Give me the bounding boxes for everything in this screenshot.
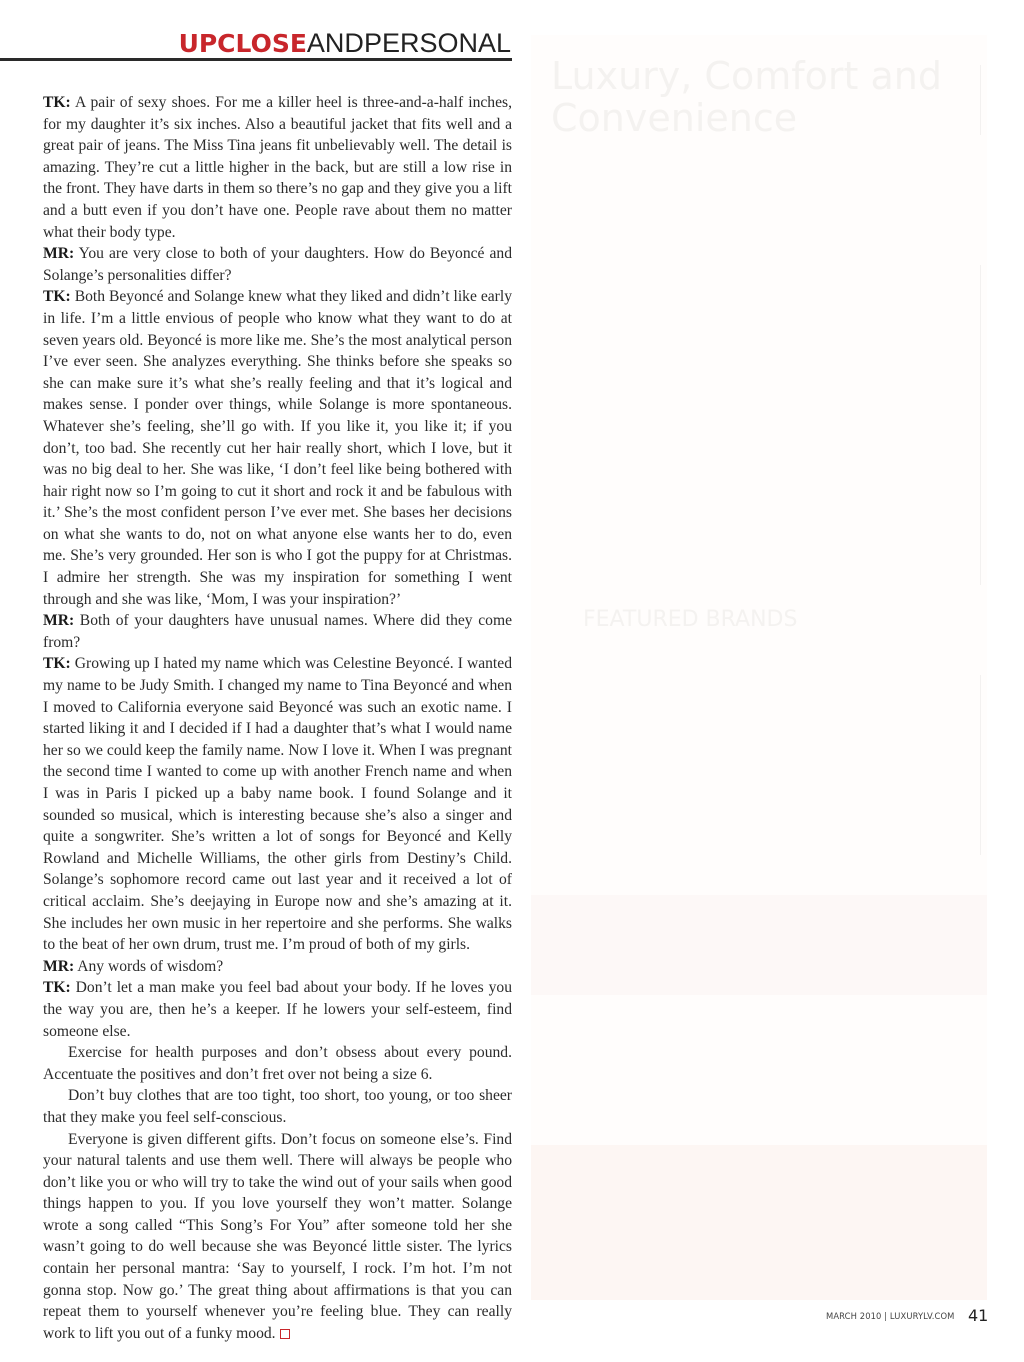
paragraph-text: Don’t let a man make you feel bad about …	[43, 979, 512, 1039]
ad-image-band	[531, 895, 987, 995]
paragraph-text: Both of your daughters have unusual name…	[43, 612, 512, 651]
speaker-label: MR:	[43, 958, 74, 975]
end-of-article-square-icon	[280, 1329, 290, 1339]
article-body: TK: A pair of sexy shoes. For me a kille…	[43, 92, 512, 1344]
ad-contact-strip	[531, 1145, 987, 1300]
header-rule	[0, 58, 512, 61]
speaker-label: TK:	[43, 655, 71, 672]
footer-issue: MARCH 2010 | LUXURYLV.COM	[826, 1311, 955, 1321]
ad-headline: Luxury, Comfort and Convenience	[551, 55, 971, 139]
section-header: UPCLOSEANDPERSONAL	[0, 28, 511, 62]
speaker-label: TK:	[43, 94, 71, 111]
paragraph: TK: Don’t let a man make you feel bad ab…	[43, 977, 512, 1042]
page-number: 41	[968, 1306, 988, 1325]
paragraph-text: Everyone is given different gifts. Don’t…	[43, 1131, 512, 1342]
section-title-and: AND	[307, 28, 364, 58]
ad-featured-brands-heading: FEATURED BRANDS	[583, 607, 797, 632]
ad-frame-line	[980, 675, 981, 855]
ad-frame-line	[980, 265, 981, 585]
paragraph-text: Growing up I hated my name which was Cel…	[43, 655, 512, 953]
paragraph: MR: Any words of wisdom?	[43, 956, 512, 978]
section-title-upclose: UPCLOSE	[179, 29, 307, 58]
speaker-label: MR:	[43, 612, 74, 629]
paragraph: Exercise for health purposes and don’t o…	[43, 1042, 512, 1085]
section-title: UPCLOSEANDPERSONAL	[179, 28, 511, 59]
speaker-label: MR:	[43, 245, 74, 262]
paragraph-text: A pair of sexy shoes. For me a killer he…	[43, 94, 512, 241]
faded-advertisement: Luxury, Comfort and Convenience FEATURED…	[531, 35, 987, 1300]
section-title-personal: PERSONAL	[364, 28, 511, 58]
paragraph: TK: Growing up I hated my name which was…	[43, 653, 512, 955]
paragraph: Don’t buy clothes that are too tight, to…	[43, 1085, 512, 1128]
paragraph-text: Exercise for health purposes and don’t o…	[43, 1044, 512, 1083]
speaker-label: TK:	[43, 979, 71, 996]
paragraph: MR: You are very close to both of your d…	[43, 243, 512, 286]
paragraph: TK: A pair of sexy shoes. For me a kille…	[43, 92, 512, 243]
paragraph-text: Both Beyoncé and Solange knew what they …	[43, 288, 512, 607]
paragraph-text: You are very close to both of your daugh…	[43, 245, 512, 284]
paragraph: Everyone is given different gifts. Don’t…	[43, 1129, 512, 1345]
paragraph-text: Any words of wisdom?	[74, 958, 223, 975]
paragraph-text: Don’t buy clothes that are too tight, to…	[43, 1087, 512, 1126]
paragraph: MR: Both of your daughters have unusual …	[43, 610, 512, 653]
paragraph: TK: Both Beyoncé and Solange knew what t…	[43, 286, 512, 610]
ad-frame-line	[980, 65, 981, 135]
speaker-label: TK:	[43, 288, 71, 305]
